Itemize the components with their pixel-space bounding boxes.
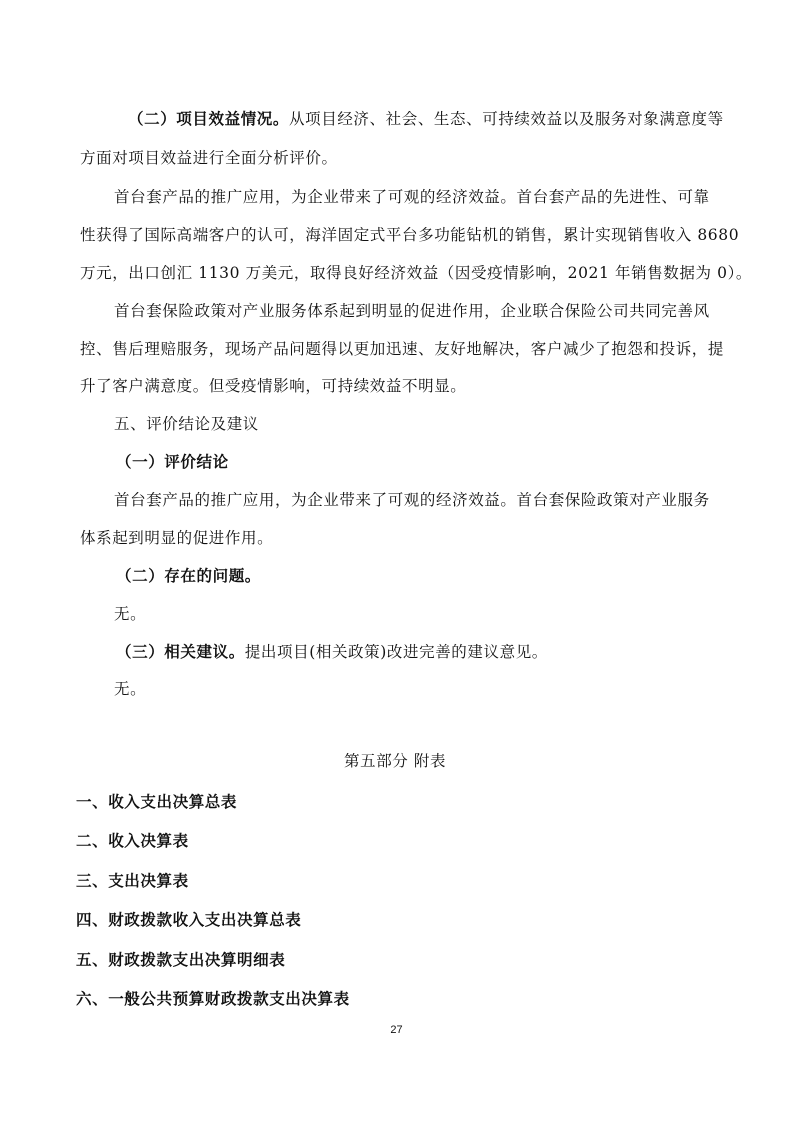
benefits-intro: 从项目经济、社会、生态、可持续效益以及服务对象满意度等 xyxy=(289,110,724,128)
conclusion-sub1-line1: 首台套产品的推广应用，为企业带来了可观的经济效益。首台套保险政策对产业服务 xyxy=(114,490,710,510)
conclusion-sub3-intro: 提出项目(相关政策)改进完善的建议意见。 xyxy=(245,643,548,661)
conclusion-title: 五、评价结论及建议 xyxy=(114,414,259,434)
conclusion-sub2-text: 无。 xyxy=(114,604,146,624)
appendix-item: 三、支出决算表 xyxy=(76,871,189,891)
conclusion-sub3-text: 无。 xyxy=(114,679,146,699)
benefits-intro-line2: 方面对项目效益进行全面分析评价。 xyxy=(80,148,338,168)
appendix-item: 四、财政拨款收入支出决算总表 xyxy=(76,910,301,930)
page-number: 27 xyxy=(0,1024,793,1036)
appendix-item: 一、收入支出决算总表 xyxy=(76,792,237,812)
benefits-para2-line2: 控、售后理赔服务，现场产品问题得以更加迅速、友好地解决，客户减少了抱怨和投诉，提 xyxy=(80,339,724,359)
benefits-para2-line1: 首台套保险政策对产业服务体系起到明显的促进作用，企业联合保险公司共同完善风 xyxy=(114,301,710,321)
benefits-para1-line1: 首台套产品的推广应用，为企业带来了可观的经济效益。首台套产品的先进性、可靠 xyxy=(114,187,710,207)
conclusion-sub3-line: （三）相关建议。提出项目(相关政策)改进完善的建议意见。 xyxy=(116,642,548,662)
benefits-heading: （二）项目效益情况。 xyxy=(128,110,289,128)
benefits-para1-line3: 万元，出口创汇 1130 万美元，取得良好经济效益（因受疫情影响，2021 年销… xyxy=(80,263,752,283)
benefits-para1-line2: 性获得了国际高端客户的认可，海洋固定式平台多功能钻机的销售，累计实现销售收入 8… xyxy=(80,225,739,245)
conclusion-sub2-heading: （二）存在的问题。 xyxy=(116,566,261,586)
benefits-para2-line3: 升了客户满意度。但受疫情影响，可持续效益不明显。 xyxy=(80,376,466,396)
conclusion-sub1-heading: （一）评价结论 xyxy=(116,452,229,472)
conclusion-sub1-line2: 体系起到明显的促进作用。 xyxy=(80,528,273,548)
appendix-item: 五、财政拨款支出决算明细表 xyxy=(76,950,285,970)
appendix-item: 二、收入决算表 xyxy=(76,831,189,851)
benefits-heading-line: （二）项目效益情况。从项目经济、社会、生态、可持续效益以及服务对象满意度等 xyxy=(128,109,724,129)
appendix-item: 六、一般公共预算财政拨款支出决算表 xyxy=(76,989,350,1009)
conclusion-sub3-heading: （三）相关建议。 xyxy=(116,643,245,661)
appendix-title: 第五部分 附表 xyxy=(344,751,446,771)
